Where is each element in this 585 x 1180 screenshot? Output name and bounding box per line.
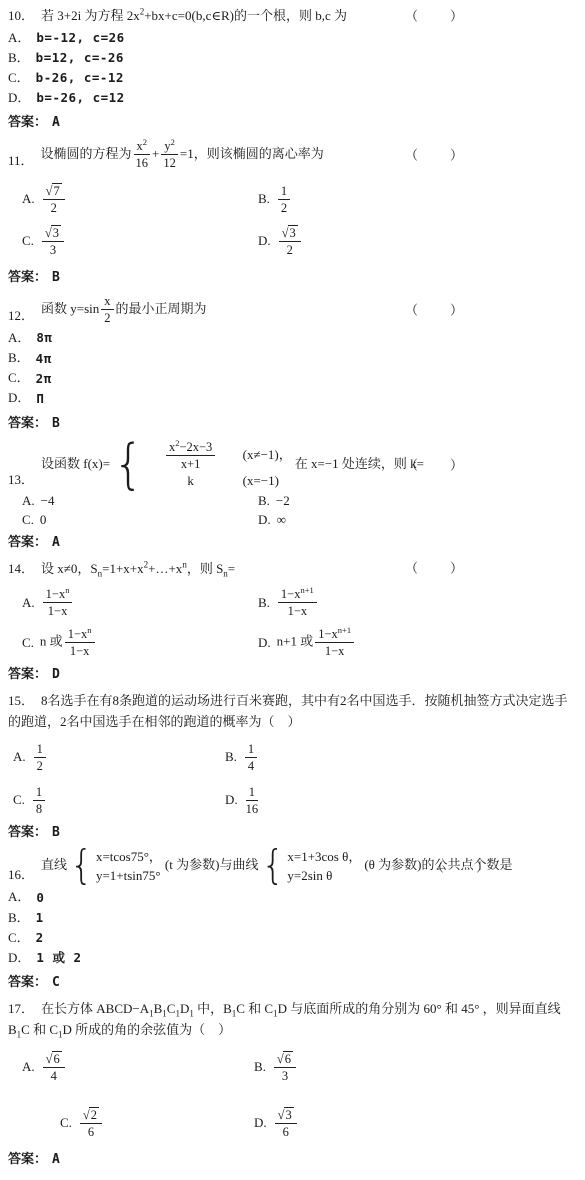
option-D: D．1 或 2 — [8, 948, 577, 968]
option-A: A.1−xn1−x — [22, 587, 74, 618]
options: A.√72B.12C.√33D.√32 — [8, 183, 577, 257]
piecewise-cases: {x=tcos75°，y=1+tsin75° — [70, 849, 162, 885]
formula-text: 4π — [36, 351, 52, 366]
question-13: 13．设函数 f(x)={x2−2x−3x+1(x≠−1)，k(x=−1)在 x… — [8, 440, 577, 550]
option-label: C． — [8, 928, 30, 948]
option-label: C. — [13, 792, 25, 808]
option-A: A.√72 — [22, 183, 67, 215]
option-value: 2 — [36, 928, 44, 947]
answer-value: A — [52, 115, 60, 130]
answer-value: B — [52, 416, 60, 431]
superscript: n — [87, 625, 91, 635]
answer-line: 答案：A — [8, 531, 577, 550]
piecewise-cases: {x=1+3cos θ，y=2sin θ — [261, 849, 361, 885]
answer-label: 答案： — [8, 1151, 47, 1166]
option-label: A． — [8, 28, 30, 48]
question-stem: 函数 y=sinx2的最小正周期为 — [41, 301, 207, 316]
formula-text: b=12, c=-26 — [36, 50, 124, 65]
superscript: 2 — [143, 137, 147, 147]
numerator: 1−xn+1 — [315, 627, 354, 643]
answer-value: B — [52, 825, 60, 840]
option-value: 12 — [276, 184, 292, 215]
sqrt-expression: √3 — [278, 1108, 294, 1122]
formula-text: 1−x — [288, 604, 308, 618]
option-value: 1 — [36, 908, 44, 927]
numerator: 1 — [278, 184, 290, 200]
cases-col1: y=1+tsin75° — [96, 868, 161, 885]
answer-line: 答案：D — [8, 663, 577, 682]
formula-text: 设函数 f(x)= — [41, 456, 110, 471]
options: A.√64B.√63C.√26D.√36 — [8, 1051, 577, 1139]
option-value: 2π — [36, 369, 52, 388]
cases-col1: x=tcos75°， — [96, 849, 162, 866]
formula-text: 直线 — [41, 857, 67, 872]
option-label: D. — [254, 1115, 267, 1131]
radicand: 3 — [284, 1107, 294, 1122]
denominator: 1−x — [315, 643, 354, 658]
option-value: √36 — [273, 1107, 299, 1139]
formula-text: 6 — [88, 1125, 94, 1139]
numerator: 1 — [34, 742, 46, 758]
option-C: C.18 — [13, 785, 47, 816]
cases-col1: x2−2x−3x+1 — [147, 440, 235, 471]
cases-col1: x=1+3cos θ， — [287, 849, 361, 866]
option-value: 116 — [244, 785, 261, 816]
option-A: A.√64 — [22, 1051, 67, 1083]
denominator: 1−x — [65, 643, 95, 658]
options: A.12B.14C.18D.116 — [8, 742, 577, 816]
answer-value: B — [52, 270, 60, 285]
formula-text: 1 — [36, 785, 42, 799]
option-label: A. — [22, 191, 35, 207]
option-D: D.∞ — [258, 512, 286, 528]
formula-text: 1−x — [70, 644, 90, 658]
numerator: x2−2x−3 — [166, 440, 215, 456]
answer-line: 答案：B — [8, 821, 577, 840]
formula-text: 2 — [37, 759, 43, 773]
option-D: D.116 — [225, 785, 260, 816]
radical-sign: √ — [83, 1107, 90, 1122]
formula-text: 在长方体 ABCD−A — [41, 1001, 149, 1016]
fraction: √63 — [274, 1051, 296, 1083]
fraction: 1−xn+11−x — [315, 627, 354, 658]
formula-text: x+1 — [181, 457, 201, 471]
option-value: √72 — [41, 183, 67, 215]
formula-text: 2 — [36, 930, 44, 945]
question-stem: 设函数 f(x)={x2−2x−3x+1(x≠−1)，k(x=−1)在 x=−1… — [41, 456, 424, 471]
sqrt-expression: √3 — [282, 226, 298, 240]
denominator: x+1 — [166, 456, 215, 471]
fraction: 116 — [246, 785, 259, 816]
option-value: b-26, c=-12 — [36, 68, 124, 87]
option-B: B．4π — [8, 348, 577, 368]
radicand: 6 — [283, 1051, 293, 1066]
answer-label: 答案： — [8, 534, 47, 549]
fraction: √64 — [43, 1051, 65, 1083]
denominator: 2 — [34, 758, 46, 773]
cases-row: y=1+tsin75° — [96, 868, 162, 885]
formula-text: 0 — [36, 890, 44, 905]
option-label: B. — [254, 1059, 266, 1075]
answer-label: 答案： — [8, 114, 47, 129]
option-value: 12 — [32, 742, 48, 773]
denominator: 4 — [245, 758, 257, 773]
answer-blank: （ ） — [405, 559, 465, 579]
cases-rows: x=tcos75°，y=1+tsin75° — [96, 849, 162, 885]
denominator: 1−x — [43, 603, 73, 618]
answer-value: A — [52, 1152, 60, 1167]
fraction: 18 — [33, 785, 45, 816]
formula-text: (t 为参数)与曲线 — [165, 857, 259, 872]
left-brace: { — [70, 849, 93, 883]
denominator: 6 — [80, 1124, 102, 1139]
question-head: 11．设椭圆的方程为x216+y212=1，则该椭圆的离心率为（ ） — [8, 139, 577, 170]
numerator: 1 — [245, 742, 257, 758]
question-stem: 8名选手在有8条跑道的运动场进行百米赛跑，其中有2名中国选手．按随机抽签方式决定… — [8, 693, 568, 729]
question-head: 12．函数 y=sinx2的最小正周期为（ ） — [8, 294, 577, 325]
radical-sign: √ — [282, 226, 289, 241]
formula-text: y=1+tsin75° — [96, 868, 161, 883]
formula-text: b-26, c=-12 — [36, 70, 124, 85]
formula-text: 设椭圆的方程为 — [41, 146, 132, 161]
exam-document: 10．若 3+2i 为方程 2x2+bx+c=0(b,c∈R)的一个根，则 b,… — [8, 6, 577, 1167]
option-B: B.√63 — [254, 1051, 298, 1083]
option-value: 1−xn1−x — [41, 587, 75, 618]
numerator: 1 — [33, 785, 45, 801]
option-label: C. — [22, 233, 34, 249]
formula-text: 设 x≠0，S — [41, 561, 98, 576]
answer-blank: （ ） — [405, 300, 465, 320]
option-label: D. — [258, 635, 271, 651]
option-C: C．b-26, c=-12 — [8, 68, 577, 88]
numerator: x2 — [134, 139, 151, 155]
option-value: b=-12, c=26 — [36, 28, 124, 47]
formula-text: 0 — [40, 512, 47, 527]
option-value: √32 — [277, 225, 303, 257]
numerator: 1 — [246, 785, 259, 801]
question-head: 15．8名选手在有8条跑道的运动场进行百米赛跑，其中有2名中国选手．按随机抽签方… — [8, 691, 577, 733]
option-value: ∞ — [277, 512, 286, 528]
option-label: A. — [22, 1059, 35, 1075]
option-label: C. — [22, 635, 34, 651]
option-label: C． — [8, 368, 30, 388]
formula-text: (x=−1) — [243, 473, 279, 488]
formula-text: 1 — [249, 785, 255, 799]
formula-text: 2 — [287, 243, 293, 257]
question-number: 13． — [8, 470, 34, 490]
cases-row: k(x=−1) — [147, 473, 292, 490]
question-number: 10． — [8, 8, 34, 23]
formula-text: 1 — [281, 184, 287, 198]
option-label: A． — [8, 328, 30, 348]
answer-blank: （ ） — [405, 145, 465, 165]
formula-text: ∞ — [277, 512, 286, 527]
denominator: 2 — [279, 242, 301, 257]
answer-line: 答案：A — [8, 1148, 577, 1167]
question-11: 11．设椭圆的方程为x216+y212=1，则该椭圆的离心率为（ ）A.√72B… — [8, 139, 577, 285]
formula-text: −2 — [276, 493, 290, 508]
formula-text: 3 — [282, 1069, 288, 1083]
formula-text: C 和 C — [21, 1022, 58, 1037]
fraction: √26 — [80, 1107, 102, 1139]
radical-sign: √ — [46, 1051, 53, 1066]
formula-text: 中，B — [194, 1001, 232, 1016]
option-value: 0 — [40, 512, 47, 528]
option-label: D. — [258, 233, 271, 249]
formula-text: −2x−3 — [179, 440, 212, 454]
radicand: 2 — [89, 1107, 99, 1122]
cases-col1: k — [147, 473, 235, 490]
formula-text: 3 — [50, 243, 56, 257]
answer-line: 答案：A — [8, 111, 577, 130]
options: A．b=-12, c=26B．b=12, c=-26C．b-26, c=-12D… — [8, 28, 577, 109]
option-value: 0 — [36, 888, 44, 907]
numerator: √3 — [42, 225, 64, 242]
piecewise-cases: {x2−2x−3x+1(x≠−1)，k(x=−1) — [113, 440, 292, 490]
formula-text: 2 — [104, 311, 110, 325]
answer-value: C — [52, 975, 60, 990]
numerator: √6 — [274, 1051, 296, 1068]
formula-text: =1+x+x — [102, 561, 144, 576]
cases-col1: y=2sin θ — [287, 868, 332, 885]
options: A.−4B.−2C.0D.∞ — [8, 493, 577, 528]
superscript: 2 — [171, 137, 175, 147]
formula-text: −4 — [41, 493, 55, 508]
option-value: 1 或 2 — [36, 948, 81, 967]
option-B: B.12 — [258, 184, 292, 215]
formula-text: 1 — [37, 742, 43, 756]
option-label: B. — [258, 595, 270, 611]
radicand: 6 — [52, 1051, 62, 1066]
superscript: n — [65, 585, 69, 595]
formula-text: 8 — [36, 802, 42, 816]
question-14: 14．设 x≠0，Sn=1+x+x2+…+xn，则 Sn=（ ）A.1−xn1−… — [8, 559, 577, 683]
formula-text: 1−x — [68, 627, 88, 641]
denominator: 12 — [161, 155, 178, 170]
option-label: D． — [8, 88, 30, 108]
option-value: √63 — [272, 1051, 298, 1083]
formula-text: n+1 或 — [277, 634, 314, 649]
formula-text: 的最小正周期为 — [116, 301, 207, 316]
cases-row: y=2sin θ — [287, 868, 361, 885]
answer-label: 答案： — [8, 666, 47, 681]
option-label: C. — [60, 1115, 72, 1131]
option-value: b=12, c=-26 — [36, 48, 124, 67]
formula-text: x — [104, 294, 110, 308]
fraction: x216 — [134, 139, 151, 170]
answer-label: 答案： — [8, 974, 47, 989]
formula-text: 6 — [283, 1125, 289, 1139]
answer-line: 答案：C — [8, 971, 577, 990]
answer-label: 答案： — [8, 415, 47, 430]
question-number: 14． — [8, 561, 34, 576]
formula-text: D 所成的角的余弦值为（ ） — [63, 1022, 232, 1037]
radicand: 3 — [288, 225, 298, 240]
numerator: 1−xn — [43, 587, 73, 603]
denominator: 6 — [275, 1124, 297, 1139]
formula-text: 16 — [246, 802, 259, 816]
option-D: D.n+1 或1−xn+11−x — [258, 627, 356, 658]
options: A．8πB．4πC．2πD．Π — [8, 328, 577, 409]
question-head: 13．设函数 f(x)={x2−2x−3x+1(x≠−1)，k(x=−1)在 x… — [8, 440, 577, 490]
option-value: b=-26, c=12 — [36, 88, 124, 107]
option-label: C. — [22, 512, 34, 528]
question-10: 10．若 3+2i 为方程 2x2+bx+c=0(b,c∈R)的一个根，则 b,… — [8, 6, 577, 130]
denominator: 4 — [43, 1068, 65, 1083]
option-B: B.1−xn+11−x — [258, 587, 319, 618]
answer-line: 答案：B — [8, 412, 577, 431]
question-number: 11． — [8, 151, 34, 171]
formula-text: k — [187, 473, 194, 490]
numerator: 1−xn+1 — [278, 587, 317, 603]
option-label: D． — [8, 948, 30, 968]
formula-text: 12 — [163, 156, 176, 170]
option-A: A.−4 — [22, 493, 54, 509]
question-number: 17． — [8, 1001, 34, 1016]
denominator: 16 — [134, 155, 151, 170]
denominator: 2 — [101, 310, 113, 325]
question-15: 15．8名选手在有8条跑道的运动场进行百米赛跑，其中有2名中国选手．按随机抽签方… — [8, 691, 577, 840]
radicand: 7 — [52, 183, 62, 198]
radicand: 3 — [51, 225, 61, 240]
option-label: D． — [8, 388, 30, 408]
formula-text: + — [152, 146, 159, 161]
formula-text: 1−x — [325, 644, 345, 658]
fraction: √36 — [275, 1107, 297, 1139]
option-D: D．Π — [8, 388, 577, 408]
denominator: 3 — [42, 242, 64, 257]
formula-text: 1 — [248, 742, 254, 756]
formula-text: +bx+c=0(b,c∈R)的一个根，则 b,c 为 — [144, 8, 347, 23]
option-B: B．1 — [8, 908, 577, 928]
option-value: √26 — [78, 1107, 104, 1139]
numerator: √7 — [43, 183, 65, 200]
option-C: C.√26 — [60, 1107, 104, 1139]
sqrt-expression: √3 — [45, 226, 61, 240]
question-12: 12．函数 y=sinx2的最小正周期为（ ）A．8πB．4πC．2πD．Π答案… — [8, 294, 577, 431]
formula-text: D — [180, 1001, 189, 1016]
option-value: −2 — [276, 493, 290, 509]
formula-text: 1−x — [48, 604, 68, 618]
left-brace: { — [261, 849, 284, 883]
formula-text: +…+x — [148, 561, 182, 576]
denominator: 1−x — [278, 603, 317, 618]
option-A: A.12 — [13, 742, 48, 773]
cases-rows: x2−2x−3x+1(x≠−1)，k(x=−1) — [147, 440, 292, 490]
fraction: √72 — [43, 183, 65, 215]
cases-row: x=tcos75°， — [96, 849, 162, 866]
numerator: √6 — [43, 1051, 65, 1068]
question-stem: 在长方体 ABCD−A1B1C1D1 中，B1C 和 C1D 与底面所成的角分别… — [8, 1001, 561, 1037]
option-label: A. — [22, 595, 35, 611]
formula-text: 1−x — [281, 587, 301, 601]
option-C: C.n 或1−xn1−x — [22, 627, 97, 658]
formula-text: 2 — [281, 201, 287, 215]
fraction: 1−xn1−x — [43, 587, 73, 618]
formula-text: 16 — [136, 156, 149, 170]
denominator: 2 — [278, 200, 290, 215]
formula-text: 2π — [36, 371, 52, 386]
option-B: B.14 — [225, 742, 259, 773]
formula-text: x=1+3cos θ， — [287, 849, 361, 864]
left-brace: { — [113, 442, 144, 488]
option-label: C． — [8, 68, 30, 88]
option-value: −4 — [41, 493, 55, 509]
formula-text: 4 — [51, 1069, 57, 1083]
option-label: A. — [13, 749, 26, 765]
option-label: B. — [225, 749, 237, 765]
formula-text: C 和 C — [236, 1001, 273, 1016]
question-head: 14．设 x≠0，Sn=1+x+x2+…+xn，则 Sn=（ ） — [8, 559, 577, 579]
question-stem: 设 x≠0，Sn=1+x+x2+…+xn，则 Sn= — [41, 561, 235, 576]
formula-text: 4 — [248, 759, 254, 773]
option-value: Π — [36, 389, 44, 408]
numerator: x — [101, 294, 113, 310]
question-head: 10．若 3+2i 为方程 2x2+bx+c=0(b,c∈R)的一个根，则 b,… — [8, 6, 577, 26]
formula-text: ，则 S — [187, 561, 223, 576]
denominator: 8 — [33, 801, 45, 816]
fraction: √33 — [42, 225, 64, 257]
option-label: B． — [8, 908, 30, 928]
answer-label: 答案： — [8, 824, 47, 839]
option-D: D．b=-26, c=12 — [8, 88, 577, 108]
option-value: 8π — [36, 328, 52, 347]
formula-text: B — [154, 1001, 163, 1016]
fraction: 1−xn1−x — [65, 627, 95, 658]
denominator: 16 — [246, 801, 259, 816]
formula-text: x=tcos75°， — [96, 849, 162, 864]
answer-line: 答案：B — [8, 266, 577, 285]
option-value: √64 — [41, 1051, 67, 1083]
formula-text: 1−x — [46, 587, 66, 601]
options: A.1−xn1−xB.1−xn+11−xC.n 或1−xn1−xD.n+1 或1… — [8, 587, 577, 658]
formula-text: 1 或 2 — [36, 950, 81, 965]
radical-sign: √ — [277, 1051, 284, 1066]
fraction: x2 — [101, 294, 113, 325]
formula-text: b=-26, c=12 — [36, 90, 124, 105]
sqrt-expression: √2 — [83, 1108, 99, 1122]
formula-text: = — [228, 561, 235, 576]
radical-sign: √ — [278, 1107, 285, 1122]
option-D: D.√36 — [254, 1107, 299, 1139]
answer-blank: （ ） — [431, 857, 491, 877]
option-D: D.√32 — [258, 225, 303, 257]
superscript: n+1 — [300, 585, 313, 595]
numerator: √2 — [80, 1107, 102, 1124]
sqrt-expression: √7 — [46, 184, 62, 198]
numerator: √3 — [275, 1107, 297, 1124]
denominator: 2 — [43, 200, 65, 215]
option-label: B． — [8, 348, 30, 368]
fraction: 12 — [34, 742, 46, 773]
option-value: 18 — [31, 785, 47, 816]
option-value: 14 — [243, 742, 259, 773]
sqrt-expression: √6 — [46, 1052, 62, 1066]
fraction: 12 — [278, 184, 290, 215]
option-A: A．b=-12, c=26 — [8, 28, 577, 48]
numerator: √3 — [279, 225, 301, 242]
cases-col2: (x=−1) — [243, 473, 279, 490]
answer-blank: （ ） — [405, 6, 465, 26]
option-label: D. — [258, 512, 271, 528]
option-value: 1−xn+11−x — [276, 587, 319, 618]
cases-col2: (x≠−1)， — [243, 447, 292, 464]
option-C: C．2π — [8, 368, 577, 388]
answer-value: A — [52, 535, 60, 550]
answer-value: D — [52, 667, 60, 682]
option-C: C．2 — [8, 928, 577, 948]
question-head: 17．在长方体 ABCD−A1B1C1D1 中，B1C 和 C1D 与底面所成的… — [8, 999, 577, 1041]
